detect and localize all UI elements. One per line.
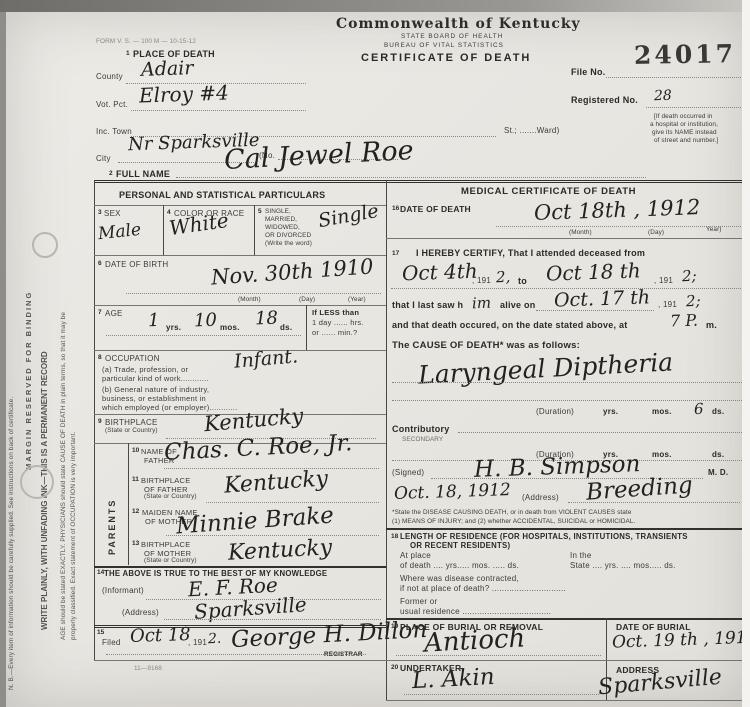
dob-label: DATE OF BIRTH xyxy=(105,260,168,269)
undertaker-value: L. Akin xyxy=(411,664,495,694)
mother-birth-label1: BIRTHPLACE xyxy=(141,540,190,549)
hospital-note-line1: [If death occurred in xyxy=(654,113,713,120)
filed-year-hand: 2. xyxy=(208,631,222,647)
certify-line4: and that death occured, on the date stat… xyxy=(392,320,628,330)
dob-month-sublabel: (Month) xyxy=(238,296,261,303)
residence-label-2: OR RECENT RESIDENTS) xyxy=(410,541,510,550)
cause-footnote-1: *State the DISEASE CAUSING DEATH, or in … xyxy=(392,509,632,516)
father-birth-value: Kentucky xyxy=(223,466,329,498)
parents-section-label: PARENTS xyxy=(107,460,117,555)
file-no-line xyxy=(606,77,741,78)
divider-parents xyxy=(128,443,129,565)
certify-line1: I HEREBY CERTIFY, That I attended deceas… xyxy=(416,248,645,258)
occupation-b-line1: (b) General nature of industry, xyxy=(102,385,209,394)
dod-day-sublabel: (Day) xyxy=(648,229,664,236)
age-yrs-value: 1 xyxy=(148,310,160,331)
occupation-label: OCCUPATION xyxy=(105,354,160,363)
contributory-rule xyxy=(458,432,742,433)
mother-birth-value: Kentucky xyxy=(227,535,332,565)
residence-atplace-1: At place xyxy=(400,551,431,560)
fullname-number: 2 xyxy=(109,170,113,177)
border-bottom-left xyxy=(94,660,386,661)
personal-title: PERSONAL AND STATISTICAL PARTICULARS xyxy=(119,190,325,200)
occupation-number: 8 xyxy=(98,354,102,361)
birthplace-sublabel: (State or Country) xyxy=(105,427,158,434)
age-mos-label: mos. xyxy=(220,323,240,332)
mother-name-number: 12 xyxy=(132,508,139,515)
certify-line3a: that I last saw h xyxy=(392,300,463,310)
mother-name-line xyxy=(166,535,379,536)
contributory-label: Contributory xyxy=(392,424,450,434)
dob-value: Nov. 30th 1910 xyxy=(210,254,374,289)
certify-lastseen-value: Oct. 17 th xyxy=(554,286,651,311)
certify-year3-hand: 2; xyxy=(686,292,701,310)
residence-instate-2: State .... yrs. .... mos..... ds. xyxy=(570,561,676,570)
undertaker-rule xyxy=(404,694,599,695)
divider-header xyxy=(94,180,746,183)
informant-address-line xyxy=(164,619,381,620)
divider-sex-race xyxy=(163,205,164,255)
certify-line3-rule xyxy=(536,310,654,311)
md-label: M. D. xyxy=(708,468,728,477)
signed-address-label: (Address) xyxy=(522,493,559,502)
marital-line2: MARRIED, xyxy=(265,216,297,223)
cause-value: Laryngeal Diptheria xyxy=(417,347,673,389)
form-number-bottom: 11—9168 xyxy=(134,665,162,672)
father-birth-label3: (State or Country) xyxy=(144,493,197,500)
line-under-cause xyxy=(386,528,746,530)
cause-mos-label: mos. xyxy=(652,407,672,416)
residence-former-1: Former or xyxy=(400,597,437,606)
margin-age-note-2: properly classified. Exact statement of … xyxy=(70,180,77,640)
registrar-signature: George H. Dillon xyxy=(230,617,427,653)
signed-address-rule xyxy=(568,502,740,503)
margin-write-plainly-note: WRITE PLAINLY, WITH UNFADING INK—THIS IS… xyxy=(40,210,49,630)
line-under-burial xyxy=(386,660,746,661)
dod-year-sublabel: Year) xyxy=(706,226,722,233)
signed-label: (Signed) xyxy=(392,468,424,477)
line-under-parents xyxy=(94,566,386,568)
dob-year-sublabel: (Year) xyxy=(348,296,366,303)
duration2-mos: mos. xyxy=(652,450,672,459)
residence-contracted-1: Where was disease contracted, xyxy=(400,574,519,583)
father-name-number: 10 xyxy=(132,447,139,454)
dob-number: 6 xyxy=(98,260,102,267)
margin-age-note-1: AGE should be stated EXACTLY. PHYSICIANS… xyxy=(60,170,67,640)
place-of-death-number: 1 xyxy=(126,50,130,57)
bureau-subtitle: BUREAU OF VITAL STATISTICS xyxy=(384,42,504,49)
dod-line xyxy=(496,226,741,227)
dod-value: Oct 18th , 1912 xyxy=(534,195,701,225)
state-board-subtitle: STATE BOARD OF HEALTH xyxy=(401,33,503,40)
hospital-note-line4: of street and number.] xyxy=(654,137,718,144)
fullname-line xyxy=(176,177,646,178)
certify-time-value: 7 P. xyxy=(670,311,699,331)
scan-right-edge xyxy=(742,0,750,707)
duration2-ds: ds. xyxy=(712,450,724,459)
marital-line4: OR DIVORCED xyxy=(265,232,311,239)
age-ds-value: 18 xyxy=(255,308,279,330)
ink-ring-mark xyxy=(32,232,58,258)
filed-line xyxy=(106,654,366,655)
dob-line xyxy=(126,293,381,294)
cause-rule1 xyxy=(392,382,742,383)
filed-number: 15 xyxy=(97,629,104,636)
cause-yrs-label: yrs. xyxy=(603,407,618,416)
line-under-dod xyxy=(386,238,746,239)
registered-no-label: Registered No. xyxy=(571,95,638,105)
border-bottom-right xyxy=(386,700,746,701)
burial-rule xyxy=(396,655,601,656)
age-less-line2: 1 day ...... hrs. xyxy=(312,318,364,327)
fullname-label: FULL NAME xyxy=(116,169,170,179)
scan-top-edge xyxy=(0,0,750,12)
file-no-label: File No. xyxy=(571,67,606,77)
certify-number: 17 xyxy=(392,250,399,257)
cause-label: The CAUSE OF DEATH* was as follows: xyxy=(392,340,580,351)
sex-number: 3 xyxy=(98,209,102,216)
certify-line3b: alive on xyxy=(500,300,536,310)
age-less-line1: If LESS than xyxy=(312,308,359,317)
dod-label: DATE OF DEATH xyxy=(400,204,471,214)
file-number-stamp: 24017 xyxy=(634,39,736,70)
inctown-label: Inc. Town xyxy=(96,127,132,136)
cause-footnote-2: (1) MEANS OF INJURY; and (2) whether ACC… xyxy=(392,518,635,525)
age-mos-value: 10 xyxy=(194,310,218,332)
age-label: AGE xyxy=(105,309,123,318)
birthplace-label: BIRTHPLACE xyxy=(105,418,158,427)
certify-sep1: , 191 xyxy=(472,276,491,285)
certify-to-label: to xyxy=(518,276,527,286)
certificate-title: CERTIFICATE OF DEATH xyxy=(361,52,531,64)
medical-title: MEDICAL CERTIFICATE OF DEATH xyxy=(461,186,636,197)
hospital-note-line3: give its NAME instead xyxy=(652,129,717,136)
father-name-line xyxy=(164,468,379,469)
marital-line3: WIDOWED, xyxy=(265,224,300,231)
marital-number: 5 xyxy=(258,208,262,215)
margin-nb-note: N. B.—Every item of information should b… xyxy=(8,310,15,690)
residence-atplace-2: of death .... yrs..... mos. ..... ds. xyxy=(400,561,519,570)
residence-former-2: usual residence ........................… xyxy=(400,607,551,616)
divider-age-less xyxy=(306,305,307,350)
residence-number: 18 xyxy=(391,533,398,540)
sex-value: Male xyxy=(97,220,142,244)
divider-race-marital xyxy=(254,205,255,255)
hospital-note-line2: a hospital or institution, xyxy=(650,121,718,128)
filed-year-printed: , 191 xyxy=(188,638,207,647)
secondary-label: SECONDARY xyxy=(402,436,443,443)
marital-line5: (Write the word) xyxy=(265,240,312,247)
age-less-line3: or ...... min.? xyxy=(312,328,357,337)
dod-number: 16 xyxy=(392,205,399,212)
cause-ds-label: ds. xyxy=(712,407,724,416)
filed-label: Filed xyxy=(102,638,121,647)
burial-value: Antioch xyxy=(423,623,526,658)
age-ds-label: ds. xyxy=(280,323,292,332)
line-under-residence xyxy=(386,618,746,620)
st-ward-label: St.; .......Ward) xyxy=(504,126,560,135)
hole-punch-mark xyxy=(20,465,54,499)
father-birth-number: 11 xyxy=(132,476,139,483)
votpct-label: Vot. Pct. xyxy=(96,100,128,109)
sex-label: SEX xyxy=(104,209,121,218)
county-value: Adair xyxy=(141,57,194,81)
dob-day-sublabel: (Day) xyxy=(299,296,315,303)
line-under-dob xyxy=(94,305,386,306)
certify-him-hand: im xyxy=(472,294,492,313)
scanned-death-certificate: { "header": { "form_no_top": "FORM V. S.… xyxy=(0,0,750,707)
registered-no-line xyxy=(646,107,741,108)
father-birth-line xyxy=(206,502,379,503)
registered-no-value: 28 xyxy=(654,88,672,105)
cause-duration-label: (Duration) xyxy=(536,407,574,416)
occupation-a-line1: (a) Trade, profession, or xyxy=(102,365,188,374)
border-left xyxy=(94,180,95,660)
certify-sep3: , 191 xyxy=(658,300,677,309)
signed-date-value: Oct. 18, 1912 xyxy=(394,480,511,504)
informant-address-label: (Address) xyxy=(122,608,159,617)
burial-number: 19 xyxy=(391,623,398,630)
cause-ds-value: 6 xyxy=(694,400,704,418)
residence-instate-1: In the xyxy=(570,551,592,560)
county-label: County xyxy=(96,72,123,81)
votpct-line xyxy=(131,110,306,111)
informant-label: (Informant) xyxy=(102,586,144,595)
age-yrs-label: yrs. xyxy=(166,323,181,332)
certify-year2-hand: 2; xyxy=(682,267,697,285)
form-number-top: FORM V. S. — 100 M — 10-15-12 xyxy=(96,38,196,45)
filed-date-value: Oct 18 xyxy=(130,624,191,647)
certify-sep2: , 191 xyxy=(654,276,673,285)
margin-binding-note: MARGIN RESERVED FOR BINDING xyxy=(24,130,33,470)
residence-contracted-2: if not at place of death? ..............… xyxy=(400,584,566,593)
certify-year1-hand: 2, xyxy=(496,268,511,286)
age-number: 7 xyxy=(98,309,102,316)
certify-m-label: m. xyxy=(706,320,717,330)
age-line xyxy=(106,335,301,336)
burial-date-value: Oct. 19 th , 1912. xyxy=(612,627,750,652)
occupation-b-line2: business, or establishment in xyxy=(102,394,206,403)
father-birth-label1: BIRTHPLACE xyxy=(141,476,190,485)
cause-rule2 xyxy=(392,400,742,401)
undertaker-number: 20 xyxy=(391,664,398,671)
occupation-a-line2: particular kind of work............ xyxy=(102,374,209,383)
mother-birth-number: 13 xyxy=(132,540,139,547)
birthplace-number: 9 xyxy=(98,418,102,425)
certify-to-value: Oct 18 th xyxy=(546,258,641,285)
marital-line1: SINGLE, xyxy=(265,208,291,215)
certificate-paper: N. B.—Every item of information should b… xyxy=(6,10,750,707)
city-label: City xyxy=(96,154,111,163)
votpct-value: Elroy #4 xyxy=(139,80,230,107)
certify-from-value: Oct 4th xyxy=(402,259,478,286)
residence-label-1: LENGTH OF RESIDENCE (FOR HOSPITALS, INST… xyxy=(400,532,688,541)
father-name-value: Chas. C. Roe, Jr. xyxy=(163,430,352,466)
mother-birth-label3: (State or Country) xyxy=(144,557,197,564)
commonwealth-title: Commonwealth of Kentucky xyxy=(336,16,581,32)
dod-month-sublabel: (Month) xyxy=(569,229,592,236)
occupation-value: Infant. xyxy=(233,345,299,372)
mother-name-value: Minnie Brake xyxy=(175,503,334,540)
